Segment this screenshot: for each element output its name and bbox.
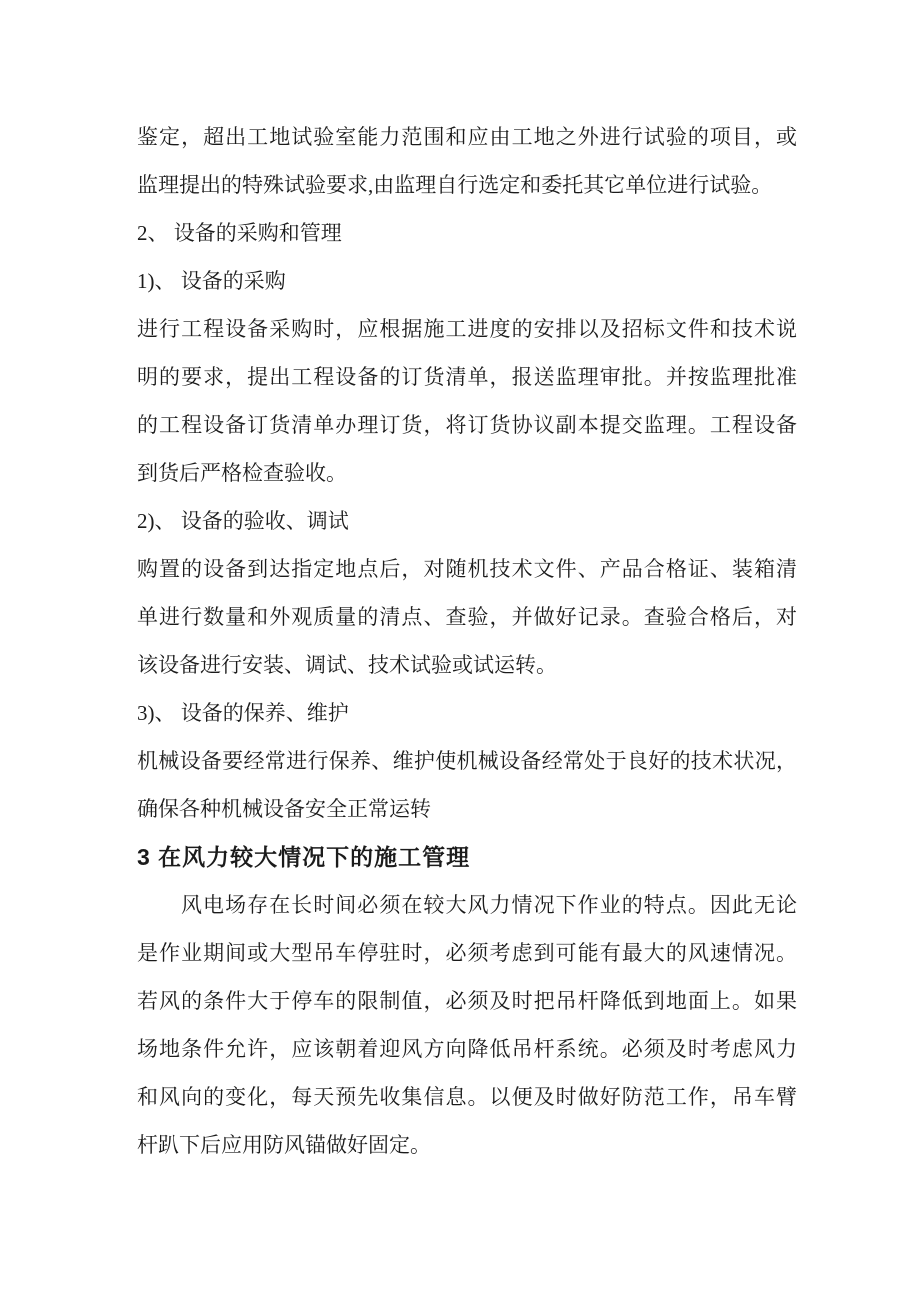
list-heading-equipment-procurement-management: 2、 设备的采购和管理 — [137, 209, 797, 257]
paragraph-line: 监理提出的特殊试验要求,由监理自行选定和委托其它单位进行试验。 — [137, 161, 797, 209]
paragraph-line: 确保各种机械设备安全正常运转 — [137, 785, 797, 833]
paragraph-line: 的工程设备订货清单办理订货，将订货协议副本提交监理。工程设备 — [137, 401, 797, 449]
paragraph-line: 单进行数量和外观质量的清点、查验，并做好记录。查验合格后，对 — [137, 593, 797, 641]
section-heading-wind-construction-management: 3 在风力较大情况下的施工管理 — [137, 833, 797, 881]
paragraph-line: 明的要求，提出工程设备的订货清单，报送监理审批。并按监理批准 — [137, 353, 797, 401]
paragraph-line: 购置的设备到达指定地点后，对随机技术文件、产品合格证、装箱清 — [137, 545, 797, 593]
paragraph-line: 和风向的变化，每天预先收集信息。以便及时做好防范工作，吊车臂 — [137, 1073, 797, 1121]
paragraph-line: 鉴定，超出工地试验室能力范围和应由工地之外进行试验的项目，或 — [137, 113, 797, 161]
paragraph-line: 是作业期间或大型吊车停驻时，必须考虑到可能有最大的风速情况。 — [137, 929, 797, 977]
list-heading-equipment-maintenance: 3)、 设备的保养、维护 — [137, 689, 797, 737]
paragraph-line: 到货后严格检查验收。 — [137, 449, 797, 497]
list-heading-equipment-acceptance-debugging: 2)、 设备的验收、调试 — [137, 497, 797, 545]
paragraph-line: 场地条件允许，应该朝着迎风方向降低吊杆系统。必须及时考虑风力 — [137, 1025, 797, 1073]
paragraph-line: 杆趴下后应用防风锚做好固定。 — [137, 1121, 797, 1169]
document-text-block: 鉴定，超出工地试验室能力范围和应由工地之外进行试验的项目，或 监理提出的特殊试验… — [137, 113, 797, 1169]
paragraph-line: 进行工程设备采购时，应根据施工进度的安排以及招标文件和技术说 — [137, 305, 797, 353]
document-page: 鉴定，超出工地试验室能力范围和应由工地之外进行试验的项目，或 监理提出的特殊试验… — [0, 0, 920, 1302]
paragraph-line: 若风的条件大于停车的限制值，必须及时把吊杆降低到地面上。如果 — [137, 977, 797, 1025]
list-heading-equipment-procurement: 1)、 设备的采购 — [137, 257, 797, 305]
paragraph-line: 机械设备要经常进行保养、维护使机械设备经常处于良好的技术状况， — [137, 737, 797, 785]
paragraph-line: 该设备进行安装、调试、技术试验或试运转。 — [137, 641, 797, 689]
paragraph-line: 风电场存在长时间必须在较大风力情况下作业的特点。因此无论 — [137, 881, 797, 929]
